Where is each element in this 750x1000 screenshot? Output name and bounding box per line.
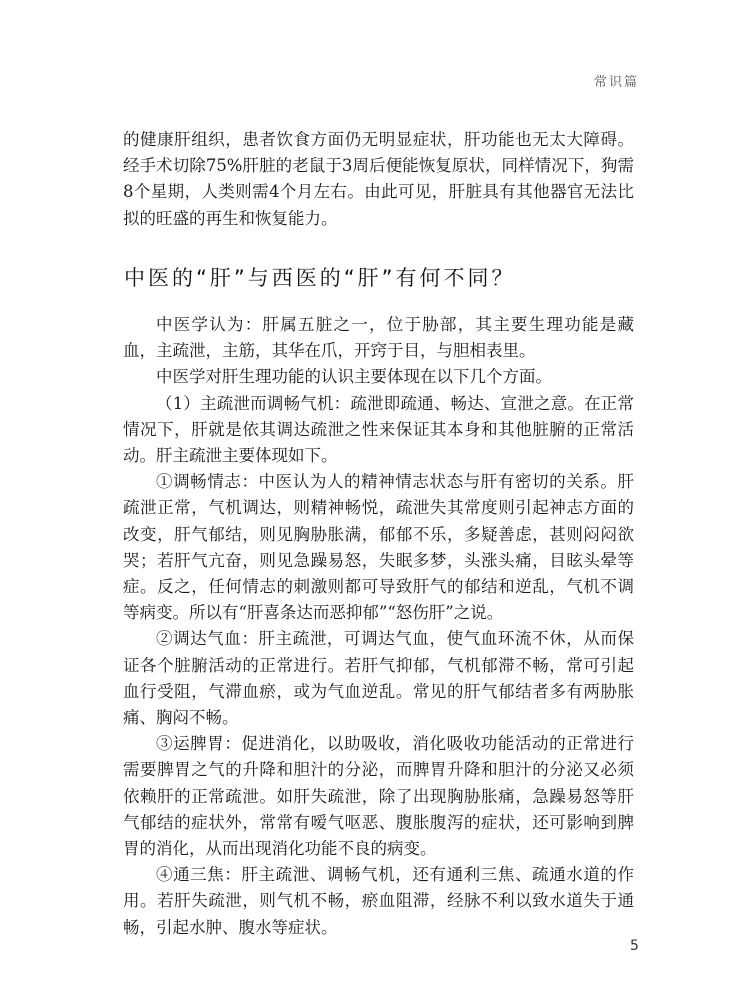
body-paragraph-intro: 中医学认为：肝属五脏之一，位于胁部，其主要生理功能是藏血，主疏泄，主筋，其华在爪… bbox=[123, 312, 634, 364]
running-head: 常识篇 bbox=[594, 71, 639, 90]
body-paragraph-qi-blood: ②调达气血：肝主疏泄，可调达气血，使气血环流不休，从而保证各个脏腑活动的正常进行… bbox=[123, 626, 634, 731]
body-paragraph-sanjiao: ④通三焦：肝主疏泄、调畅气机，还有通利三焦、疏通水道的作用。若肝失疏泄，则气机不… bbox=[123, 862, 634, 941]
page-number: 5 bbox=[630, 938, 639, 954]
body-paragraph-emotion: ①调畅情志：中医认为人的精神情志状态与肝有密切的关系。肝疏泄正常，气机调达，则精… bbox=[123, 469, 634, 626]
section-body: 中医学认为：肝属五脏之一，位于胁部，其主要生理功能是藏血，主疏泄，主筋，其华在爪… bbox=[123, 312, 634, 941]
body-paragraph-overview: 中医学对肝生理功能的认识主要体现在以下几个方面。 bbox=[123, 364, 634, 390]
continued-paragraph-block: 的健康肝组织，患者饮食方面仍无明显症状，肝功能也无太大障碍。经手术切除75%肝脏… bbox=[123, 127, 634, 232]
body-paragraph-spleen-stomach: ③运脾胃：促进消化，以助吸收，消化吸收功能活动的正常进行需要脾胃之气的升降和胆汁… bbox=[123, 731, 634, 862]
continued-paragraph: 的健康肝组织，患者饮食方面仍无明显症状，肝功能也无太大障碍。经手术切除75%肝脏… bbox=[123, 127, 634, 232]
body-paragraph-point-1: （1）主疏泄而调畅气机：疏泄即疏通、畅达、宣泄之意。在正常情况下，肝就是依其调达… bbox=[123, 391, 634, 470]
section-heading: 中医的“肝”与西医的“肝”有何不同？ bbox=[124, 262, 516, 292]
